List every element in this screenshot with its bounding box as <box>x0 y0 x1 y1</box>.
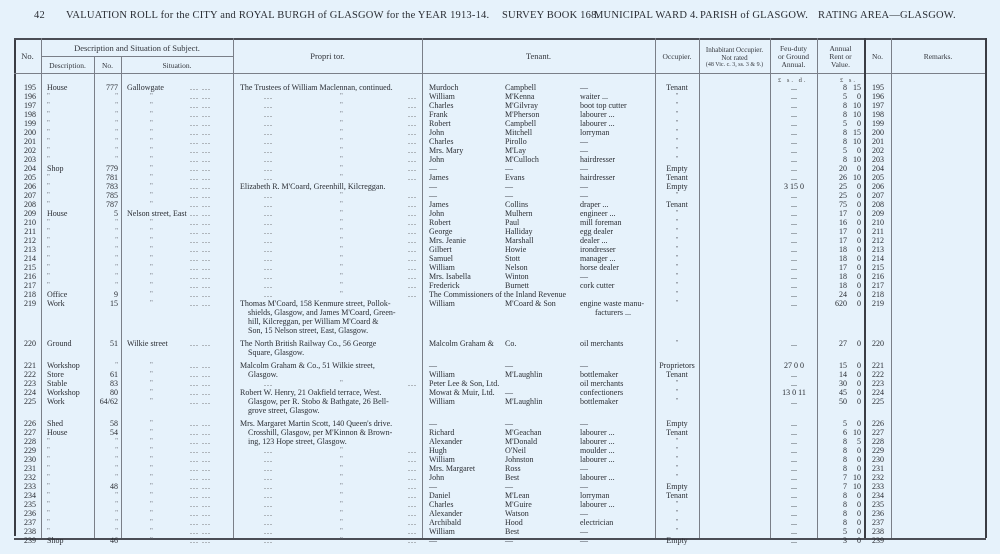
row-no-right: 217 <box>867 281 889 290</box>
col-header-no: No. <box>14 52 41 61</box>
row-rent-pounds: 20 <box>817 164 847 173</box>
situation-leader-dots: ... ... <box>190 182 211 191</box>
row-number: 781 <box>94 173 118 182</box>
row-number: " <box>94 518 118 527</box>
row-no-right: 209 <box>867 209 889 218</box>
table-row: 201"""CharlesPirollo—"...810201... .....… <box>0 137 1000 146</box>
row-number: " <box>94 119 118 128</box>
row-description: " <box>47 482 92 491</box>
row-description: " <box>47 146 92 155</box>
row-no: 211 <box>14 227 36 236</box>
row-description: " <box>47 272 92 281</box>
page-header: 42 VALUATION ROLL for the CITY and ROYAL… <box>0 10 1000 26</box>
continuation-line: hill, Kilcreggan, per William M'Coard & <box>248 317 379 326</box>
table-row: 215"""WilliamNelsonhorse dealer"...17021… <box>0 263 1000 272</box>
row-no-right: 218 <box>867 290 889 299</box>
row-description: " <box>47 473 92 482</box>
row-description: " <box>47 281 92 290</box>
row-no-right: 236 <box>867 509 889 518</box>
row-t-last: Ross <box>505 464 585 473</box>
row-occupier: Tenant <box>655 173 699 182</box>
row-description: " <box>47 446 92 455</box>
table-row: 205"781"JamesEvanshairdresserTenant...26… <box>0 173 1000 182</box>
row-rent-shillings: 10 <box>849 428 861 437</box>
row-rent-shillings: 10 <box>849 173 861 182</box>
table-row: 219Work15"WilliamM'Coard & Sonengine was… <box>0 299 1000 308</box>
row-no-right: 222 <box>867 370 889 379</box>
situation-leader-dots: ... ... <box>190 419 211 428</box>
row-t-first: — <box>429 419 509 428</box>
row-t-occupation: lorryman <box>580 128 650 137</box>
row-occupier: " <box>655 146 699 155</box>
row-no-right: 211 <box>867 227 889 236</box>
row-rent-shillings: 0 <box>849 536 861 545</box>
row-occupier: " <box>655 299 699 308</box>
row-occupier: Tenant <box>655 83 699 92</box>
row-rent-shillings: 0 <box>849 182 861 191</box>
row-rent-shillings: 0 <box>849 164 861 173</box>
row-rent-pounds: 3 <box>817 536 847 545</box>
row-rent-pounds: 16 <box>817 218 847 227</box>
row-no: 228 <box>14 437 36 446</box>
row-feu-duty: ... <box>772 437 816 446</box>
row-no-right: 196 <box>867 92 889 101</box>
table-row: 213"""GilbertHowieirondresser"...180213.… <box>0 245 1000 254</box>
row-t-occupation: irondresser <box>580 245 650 254</box>
row-rent-shillings: 15 <box>849 83 861 92</box>
situation-leader-dots: ... ... <box>190 428 211 437</box>
row-rent-pounds: 75 <box>817 200 847 209</box>
row-feu-duty: ... <box>772 272 816 281</box>
row-rent-pounds: 26 <box>817 173 847 182</box>
row-occupier: Empty <box>655 482 699 491</box>
page-number: 42 <box>34 10 45 21</box>
continuation-line: shields, Glasgow, and James M'Coard, Gre… <box>248 308 396 317</box>
row-t-first: Charles <box>429 137 509 146</box>
row-rent-shillings: 0 <box>849 146 861 155</box>
row-t-occupation: oil merchants <box>580 339 650 348</box>
row-t-occupation: — <box>580 146 650 155</box>
row-t-last: Nelson <box>505 263 585 272</box>
row-rent-pounds: 50 <box>817 397 847 406</box>
col-header-no-right: No. <box>864 52 891 61</box>
row-no-right: 237 <box>867 518 889 527</box>
row-no-right: 207 <box>867 191 889 200</box>
row-t-occupation: engine waste manu- <box>580 299 650 308</box>
row-t-last: Collins <box>505 200 585 209</box>
row-t-first: — <box>429 536 509 545</box>
situation-leader-dots: ... ... <box>190 446 211 455</box>
row-proprietor: Mrs. Margaret Martin Scott, 140 Queen's … <box>240 419 392 428</box>
row-t-last: M'Gilvray <box>505 101 585 110</box>
row-no: 203 <box>14 155 36 164</box>
row-rent-shillings: 0 <box>849 272 861 281</box>
row-description: Workshop <box>47 388 92 397</box>
row-feu-duty: ... <box>772 419 816 428</box>
row-feu-duty: ... <box>772 164 816 173</box>
row-number: 777 <box>94 83 118 92</box>
row-number: 83 <box>94 379 118 388</box>
row-feu-duty: ... <box>772 191 816 200</box>
row-description: " <box>47 455 92 464</box>
row-t-occupation: — <box>580 83 650 92</box>
survey-book: SURVEY BOOK 168. <box>502 10 599 21</box>
row-no: 220 <box>14 339 36 348</box>
situation-leader-dots: ... ... <box>190 370 211 379</box>
row-no: 218 <box>14 290 36 299</box>
row-t-first: Charles <box>429 101 509 110</box>
row-occupier: " <box>655 245 699 254</box>
row-feu-duty: ... <box>772 339 816 348</box>
row-number: 787 <box>94 200 118 209</box>
situation-leader-dots: ... ... <box>190 455 211 464</box>
row-rent-pounds: 18 <box>817 245 847 254</box>
row-t-last: Stott <box>505 254 585 263</box>
row-t-first: William <box>429 92 509 101</box>
row-occupier: Proprietors <box>655 361 699 370</box>
row-t-occupation: — <box>580 482 650 491</box>
table-row: 216"""Mrs. IsabellaWinton—"...180216... … <box>0 272 1000 281</box>
row-rent-pounds: 17 <box>817 236 847 245</box>
row-t-occupation: cork cutter <box>580 281 650 290</box>
row-t-last: M'Pherson <box>505 110 585 119</box>
row-t-occupation: — <box>580 464 650 473</box>
row-occupier: " <box>655 227 699 236</box>
row-t-first: Richard <box>429 428 509 437</box>
row-feu-duty: ... <box>772 446 816 455</box>
row-feu-duty: 3 15 0 <box>772 182 816 191</box>
row-t-last: Campbell <box>505 83 585 92</box>
row-description: " <box>47 500 92 509</box>
row-rent-pounds: 8 <box>817 437 847 446</box>
situation-leader-dots: ... ... <box>190 191 211 200</box>
row-number: 785 <box>94 191 118 200</box>
row-no-right: 221 <box>867 361 889 370</box>
row-occupier: " <box>655 379 699 388</box>
row-occupier: " <box>655 128 699 137</box>
row-rent-shillings: 0 <box>849 227 861 236</box>
row-description: Stable <box>47 379 92 388</box>
row-number: 46 <box>94 536 118 545</box>
row-no-right: 195 <box>867 83 889 92</box>
row-t-last: O'Neil <box>505 446 585 455</box>
row-t-last: Best <box>505 527 585 536</box>
continuation-line: grove street, Glasgow. <box>248 406 319 415</box>
row-t-occupation: hairdresser <box>580 173 650 182</box>
row-rent-pounds: 17 <box>817 209 847 218</box>
situation-leader-dots: ... ... <box>190 518 211 527</box>
row-number: 64/62 <box>94 397 118 406</box>
row-no: 227 <box>14 428 36 437</box>
situation-leader-dots: ... ... <box>190 146 211 155</box>
row-t-first: Robert <box>429 218 509 227</box>
row-situation: Nelson street, East <box>127 209 187 218</box>
col-header-situation: Situation. <box>121 61 233 70</box>
situation-leader-dots: ... ... <box>190 200 211 209</box>
row-description: Shop <box>47 536 92 545</box>
row-no-right: 201 <box>867 137 889 146</box>
row-number: 58 <box>94 419 118 428</box>
row-feu-duty: ... <box>772 209 816 218</box>
row-rent-shillings: 15 <box>849 128 861 137</box>
row-t-occupation: confectioners <box>580 388 650 397</box>
row-feu-duty: ... <box>772 83 816 92</box>
row-feu-duty: ... <box>772 110 816 119</box>
table-row: 218Office9"The Commissioners of the Inla… <box>0 290 1000 299</box>
table-row: 233"48"———Empty...710233... ......"... <box>0 482 1000 491</box>
row-t-last: Marshall <box>505 236 585 245</box>
row-rent-shillings: 0 <box>849 464 861 473</box>
row-description: " <box>47 263 92 272</box>
row-t-last: M'Geachan <box>505 428 585 437</box>
row-description: Workshop <box>47 361 92 370</box>
row-occupier: " <box>655 397 699 406</box>
situation-leader-dots: ... ... <box>190 536 211 545</box>
row-number: " <box>94 92 118 101</box>
row-no-right: 230 <box>867 455 889 464</box>
row-rent-pounds: 8 <box>817 509 847 518</box>
row-no-right: 200 <box>867 128 889 137</box>
situation-leader-dots: ... ... <box>190 482 211 491</box>
row-rent-shillings: 10 <box>849 482 861 491</box>
row-number: " <box>94 110 118 119</box>
row-t-last: Evans <box>505 173 585 182</box>
row-description: " <box>47 110 92 119</box>
table-top-rule <box>14 38 986 40</box>
row-feu-duty: ... <box>772 263 816 272</box>
row-description: " <box>47 191 92 200</box>
row-rent-shillings: 0 <box>849 92 861 101</box>
table-row: 223Stable83"Peter Lee & Son, Ltd.oil mer… <box>0 379 1000 388</box>
table-row: 238"""WilliamBest—"...50238... ......"..… <box>0 527 1000 536</box>
row-t-occupation: — <box>580 419 650 428</box>
row-t-first: Mrs. Mary <box>429 146 509 155</box>
row-t-last: Campbell <box>505 119 585 128</box>
row-occupier: " <box>655 446 699 455</box>
row-rent-pounds: 17 <box>817 263 847 272</box>
row-description: " <box>47 491 92 500</box>
row-t-occupation: labourer ... <box>580 428 650 437</box>
table-row: 230"""WilliamJohnstonlabourer ..."...802… <box>0 455 1000 464</box>
row-number: " <box>94 437 118 446</box>
row-no-right: 238 <box>867 527 889 536</box>
table-row: 229"""HughO'Neilmoulder ..."...80229... … <box>0 446 1000 455</box>
row-t-last: M'Donald <box>505 437 585 446</box>
row-occupier: " <box>655 527 699 536</box>
row-occupier: Tenant <box>655 428 699 437</box>
situation-leader-dots: ... ... <box>190 299 211 308</box>
row-rent-shillings: 0 <box>849 419 861 428</box>
row-no: 222 <box>14 370 36 379</box>
row-number: 9 <box>94 290 118 299</box>
row-rent-shillings: 0 <box>849 361 861 370</box>
row-occupier: " <box>655 290 699 299</box>
row-rent-shillings: 0 <box>849 527 861 536</box>
situation-leader-dots: ... ... <box>190 110 211 119</box>
row-rent-shillings: 10 <box>849 473 861 482</box>
row-t-occupation: labourer ... <box>580 437 650 446</box>
situation-leader-dots: ... ... <box>190 227 211 236</box>
table-row: 210"""RobertPaulmill foreman"...160210..… <box>0 218 1000 227</box>
row-rent-pounds: 8 <box>817 518 847 527</box>
row-occupier: " <box>655 388 699 397</box>
row-feu-duty: ... <box>772 101 816 110</box>
row-no-right: 223 <box>867 379 889 388</box>
table-row: 204Shop779"———Empty...200204... ......".… <box>0 164 1000 173</box>
row-t-last: Pirollo <box>505 137 585 146</box>
row-number: 48 <box>94 482 118 491</box>
row-rent-pounds: 8 <box>817 137 847 146</box>
row-no: 224 <box>14 388 36 397</box>
row-number: " <box>94 509 118 518</box>
row-t-last: M'Laughlin <box>505 397 585 406</box>
table-row: 232"""JohnBestlabourer ..."...710232... … <box>0 473 1000 482</box>
situation-leader-dots: ... ... <box>190 379 211 388</box>
row-rent-pounds: 5 <box>817 527 847 536</box>
row-t-occupation: electrician <box>580 518 650 527</box>
row-t-occupation: waiter ... <box>580 92 650 101</box>
row-description: Shed <box>47 419 92 428</box>
row-t-last: — <box>505 482 585 491</box>
row-t-occupation: lorryman <box>580 491 650 500</box>
feu-line-3: Annual. <box>770 61 817 69</box>
row-occupier: " <box>655 500 699 509</box>
row-no-right: 231 <box>867 464 889 473</box>
row-rent-pounds: 25 <box>817 191 847 200</box>
row-number: " <box>94 128 118 137</box>
row-t-first: John <box>429 155 509 164</box>
row-number: " <box>94 227 118 236</box>
row-occupier: " <box>655 92 699 101</box>
row-no: 225 <box>14 397 36 406</box>
row-no-right: 198 <box>867 110 889 119</box>
table-row: 199"""RobertCampbelllabourer ..."...5019… <box>0 119 1000 128</box>
row-rent-pounds: 8 <box>817 110 847 119</box>
row-no: 195 <box>14 83 36 92</box>
row-no-right: 215 <box>867 263 889 272</box>
situation-leader-dots: ... ... <box>190 527 211 536</box>
situation-leader-dots: ... ... <box>190 339 211 348</box>
row-no: 207 <box>14 191 36 200</box>
row-occupier: Tenant <box>655 491 699 500</box>
row-number: " <box>94 527 118 536</box>
row-proprietor: The Trustees of William Maclennan, conti… <box>240 83 393 92</box>
row-rent-shillings: 0 <box>849 397 861 406</box>
row-feu-duty: ... <box>772 128 816 137</box>
row-number: " <box>94 473 118 482</box>
row-no: 226 <box>14 419 36 428</box>
row-t-last: Halliday <box>505 227 585 236</box>
row-t-first: Frederick <box>429 281 509 290</box>
table-row: 236"""AlexanderWatson—"...80236... .....… <box>0 509 1000 518</box>
row-description: " <box>47 437 92 446</box>
table-row: 209House5Nelson street, EastJohnMulherne… <box>0 209 1000 218</box>
row-t-last: Johnston <box>505 455 585 464</box>
row-proprietor: Thomas M'Coard, 158 Kenmure street, Poll… <box>240 299 391 308</box>
row-no: 210 <box>14 218 36 227</box>
row-feu-duty: ... <box>772 173 816 182</box>
table-row: 200"""JohnMitchelllorryman"...815200... … <box>0 128 1000 137</box>
situation-leader-dots: ... ... <box>190 361 211 370</box>
row-t-last: Mulhern <box>505 209 585 218</box>
row-t-occupation: — <box>580 272 650 281</box>
row-no: 216 <box>14 272 36 281</box>
row-rent-shillings: 0 <box>849 263 861 272</box>
situation-leader-dots: ... ... <box>190 209 211 218</box>
situation-leader-dots: ... ... <box>190 119 211 128</box>
row-no: 223 <box>14 379 36 388</box>
row-rent-shillings: 0 <box>849 245 861 254</box>
row-t-first: William <box>429 455 509 464</box>
situation-leader-dots: ... ... <box>190 272 211 281</box>
row-number: 51 <box>94 339 118 348</box>
row-t-occupation: labourer ... <box>580 455 650 464</box>
row-t-last: — <box>505 536 585 545</box>
row-no-right: 206 <box>867 182 889 191</box>
row-t-first: James <box>429 200 509 209</box>
row-rent-shillings: 0 <box>849 455 861 464</box>
col-header-description: Description. <box>41 61 94 70</box>
row-description: " <box>47 509 92 518</box>
row-description: House <box>47 83 92 92</box>
row-feu-duty: ... <box>772 218 816 227</box>
row-proprietor: Elizabeth R. M'Coard, Greenhill, Kilcreg… <box>240 182 385 191</box>
row-no-right: 224 <box>867 388 889 397</box>
row-t-occupation: hairdresser <box>580 155 650 164</box>
rent-line-3: Value. <box>817 61 864 69</box>
row-rent-pounds: 8 <box>817 491 847 500</box>
row-t-first: — <box>429 164 509 173</box>
row-no: 197 <box>14 101 36 110</box>
table-row: 224Workshop80"Mowat & Muir, Ltd.—confect… <box>0 388 1000 397</box>
row-number: 779 <box>94 164 118 173</box>
row-t-first: The Commissioners of the Inland Revenue <box>429 290 509 299</box>
row-no-right: 203 <box>867 155 889 164</box>
situation-leader-dots: ... ... <box>190 218 211 227</box>
row-rent-pounds: 8 <box>817 500 847 509</box>
row-t-last: Best <box>505 473 585 482</box>
row-no: 198 <box>14 110 36 119</box>
row-t-last: M'Guire <box>505 500 585 509</box>
row-feu-duty: ... <box>772 92 816 101</box>
table-row: 212"""Mrs. JeanieMarshalldealer ..."...1… <box>0 236 1000 245</box>
table-row: 195House777GallowgateMurdochCampbell—Ten… <box>0 83 1000 92</box>
situation-leader-dots: ... ... <box>190 281 211 290</box>
row-no-right: 239 <box>867 536 889 545</box>
row-rent-pounds: 8 <box>817 464 847 473</box>
page-title: VALUATION ROLL for the CITY and ROYAL BU… <box>66 10 489 21</box>
row-feu-duty: ... <box>772 527 816 536</box>
row-t-occupation: — <box>580 164 650 173</box>
row-occupier: " <box>655 339 699 348</box>
row-feu-duty: ... <box>772 464 816 473</box>
col-header-tenant: Tenant. <box>422 52 655 61</box>
row-no-right: 220 <box>867 339 889 348</box>
row-feu-duty: ... <box>772 290 816 299</box>
table-row: 222Store61"WilliamM'LaughlinbottlemakerT… <box>0 370 1000 379</box>
row-occupier: " <box>655 455 699 464</box>
situation-leader-dots: ... ... <box>190 397 211 406</box>
parish: PARISH of GLASGOW. <box>700 10 808 21</box>
row-t-first: William <box>429 397 509 406</box>
row-rent-pounds: 17 <box>817 227 847 236</box>
row-occupier: " <box>655 218 699 227</box>
row-occupier: " <box>655 281 699 290</box>
row-no-right: 208 <box>867 200 889 209</box>
table-row: 221Workshop""———Proprietors27 0 0150221.… <box>0 361 1000 370</box>
row-t-first: William <box>429 299 509 308</box>
situation-leader-dots: ... ... <box>190 509 211 518</box>
